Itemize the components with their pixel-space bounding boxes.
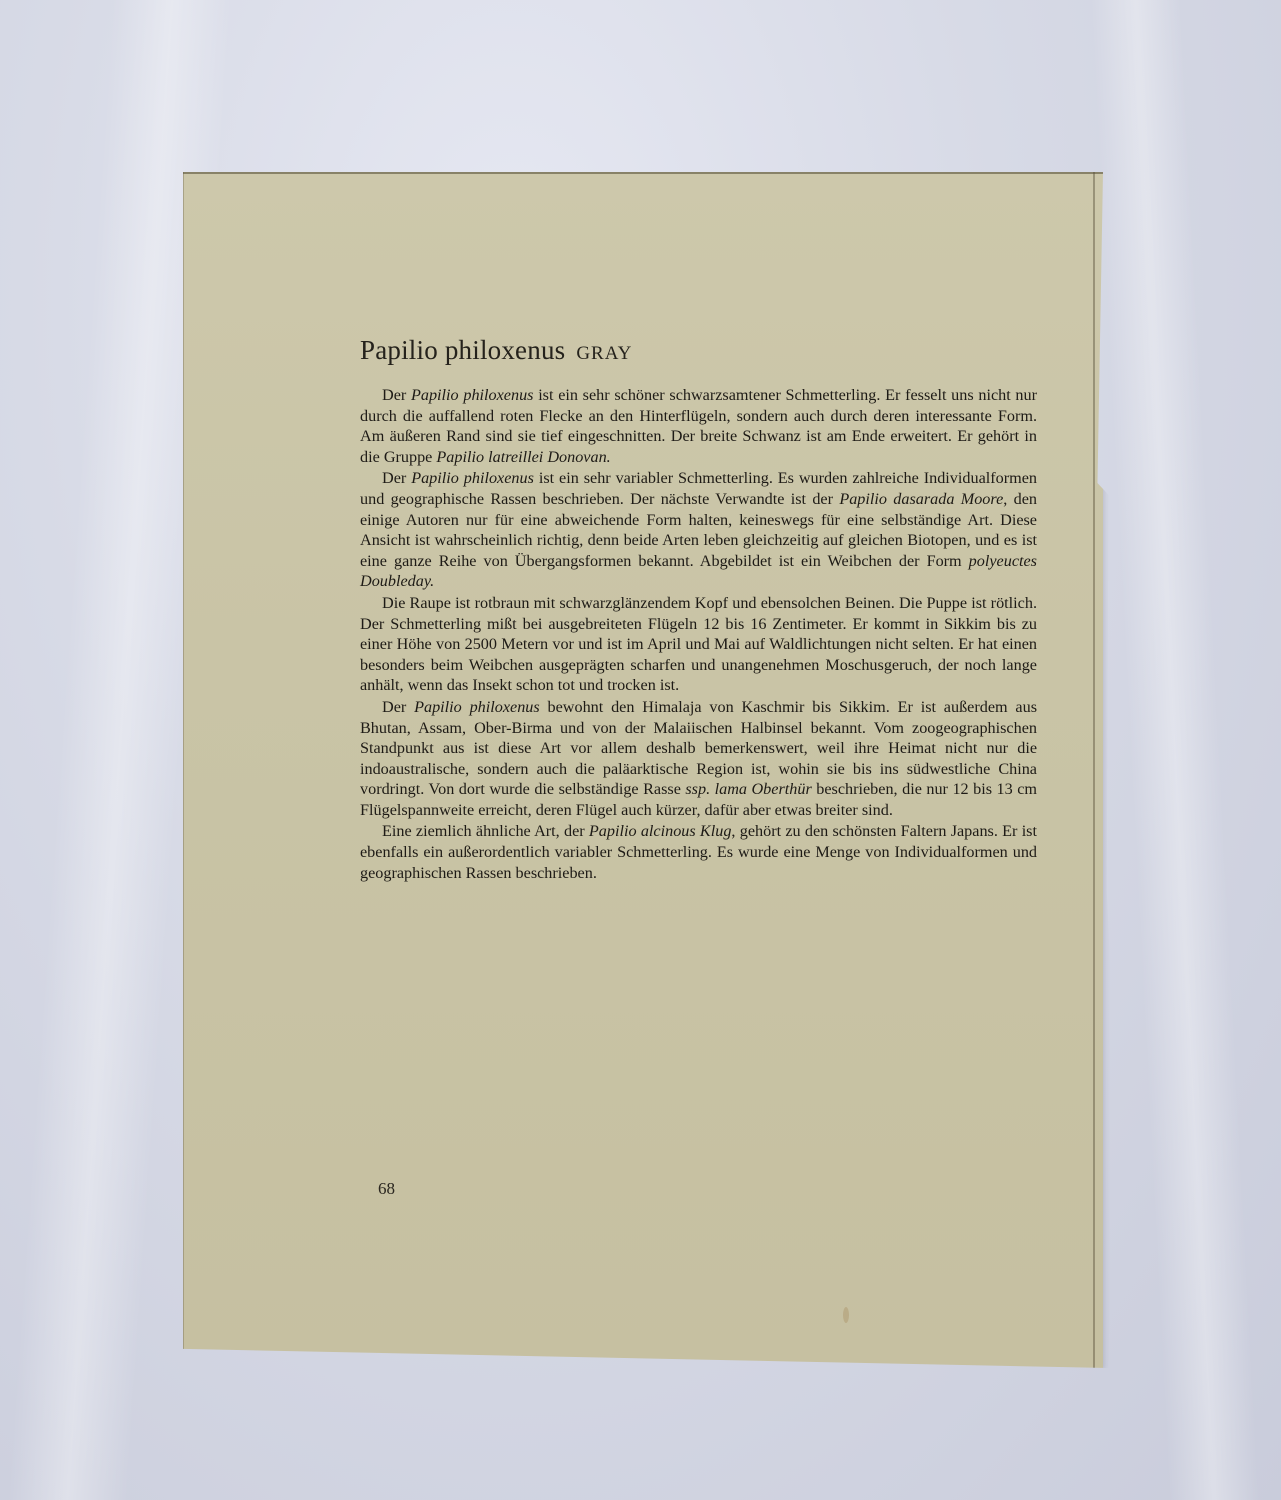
page-edge xyxy=(183,172,1103,174)
paper-stain xyxy=(843,1307,849,1323)
background-fold xyxy=(1091,0,1260,1500)
paragraph: Eine ziemlich ähnliche Art, der Papilio … xyxy=(360,821,1037,883)
text-run: Der xyxy=(382,469,411,487)
text-run: Eine ziemlich ähnliche Art, der xyxy=(382,822,589,840)
italic-taxon-name: Papilio philoxenus xyxy=(411,386,534,404)
page-number: 68 xyxy=(378,1179,395,1199)
paragraph: Der Papilio philoxenus ist ein sehr vari… xyxy=(360,468,1037,592)
text-run: Der xyxy=(382,698,414,716)
paragraph: Die Raupe ist rotbraun mit schwarzglänze… xyxy=(360,593,1037,696)
page-edge xyxy=(183,172,184,1368)
page-title: Papilio philoxenus GRAY xyxy=(360,335,1037,366)
italic-taxon-name: Papilio philoxenus xyxy=(411,469,534,487)
italic-taxon-name: ssp. lama Oberthür xyxy=(685,780,811,798)
printed-page: Papilio philoxenus GRAY Der Papilio phil… xyxy=(183,172,1103,1368)
italic-taxon-name: Papilio alcinous Klug xyxy=(589,822,732,840)
text-run: Der xyxy=(382,386,411,404)
species-author: GRAY xyxy=(576,343,632,364)
species-name: Papilio philoxenus xyxy=(360,335,565,365)
paragraph-list: Der Papilio philoxenus ist ein sehr schö… xyxy=(360,385,1037,883)
paragraph: Der Papilio philoxenus ist ein sehr schö… xyxy=(360,385,1037,467)
article-body: Papilio philoxenus GRAY Der Papilio phil… xyxy=(360,335,1037,884)
italic-taxon-name: Papilio philoxenus xyxy=(414,698,540,716)
text-run: Die Raupe ist rotbraun mit schwarzglänze… xyxy=(360,594,1037,694)
italic-taxon-name: Papilio dasarada Moore xyxy=(839,490,1003,508)
paragraph: Der Papilio philoxenus bewohnt den Himal… xyxy=(360,697,1037,821)
page-edge xyxy=(1093,172,1095,1368)
italic-taxon-name: Papilio latreillei Donovan. xyxy=(436,448,610,466)
